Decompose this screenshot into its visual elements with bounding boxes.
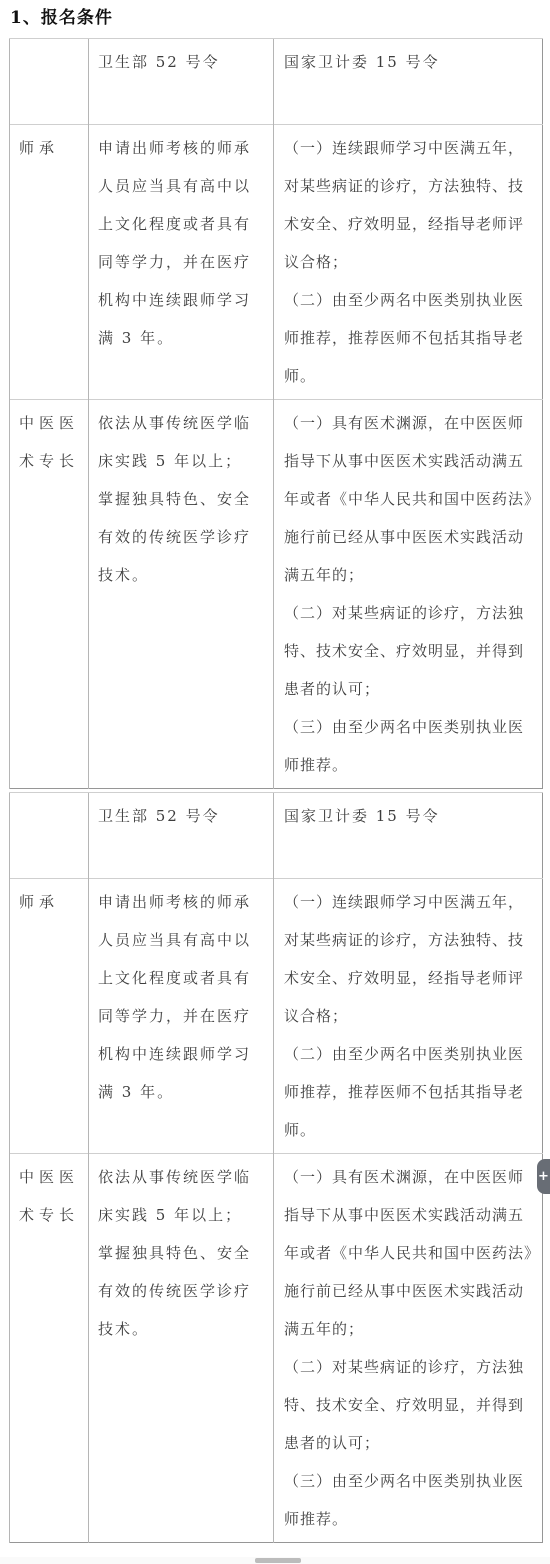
- header-cell-commission15: 国家卫计委 15 号令: [274, 39, 543, 125]
- cell-ministry52: 依法从事传统医学临床实践 5 年以上； 掌握独具特色、安全有效的传统医学诊疗技术…: [89, 1154, 274, 1543]
- header-cell-ministry52: 卫生部 52 号令: [89, 793, 274, 879]
- plus-icon: +: [538, 1169, 549, 1184]
- cell-commission15: （一）具有医术渊源，在中医医师指导下从事中医医术实践活动满五年或者《中华人民共和…: [274, 400, 543, 789]
- table-row: 中医医术专长 依法从事传统医学临床实践 5 年以上； 掌握独具特色、安全有效的传…: [10, 1154, 543, 1543]
- cell-commission15: （一）具有医术渊源，在中医医师指导下从事中医医术实践活动满五年或者《中华人民共和…: [274, 1154, 543, 1543]
- cell-ministry52: 依法从事传统医学临床实践 5 年以上； 掌握独具特色、安全有效的传统医学诊疗技术…: [89, 400, 274, 789]
- row-category: 中医医术专长: [10, 400, 89, 789]
- header-cell-commission15: 国家卫计委 15 号令: [274, 793, 543, 879]
- horizontal-scrollbar[interactable]: [0, 1557, 550, 1564]
- expand-handle[interactable]: +: [537, 1159, 550, 1194]
- cell-commission15: （一）连续跟师学习中医满五年，对某些病证的诊疗，方法独特、技术安全、疗效明显，经…: [274, 879, 543, 1154]
- page-title: 1、报名条件: [10, 6, 550, 30]
- table-row: 师承 申请出师考核的师承人员应当具有高中以上文化程度或者具有同等学力，并在医疗机…: [10, 125, 543, 400]
- cell-ministry52: 申请出师考核的师承人员应当具有高中以上文化程度或者具有同等学力，并在医疗机构中连…: [89, 879, 274, 1154]
- conditions-table-first: 卫生部 52 号令 国家卫计委 15 号令 师承 申请出师考核的师承人员应当具有…: [9, 38, 542, 789]
- conditions-table: 卫生部 52 号令 国家卫计委 15 号令 师承 申请出师考核的师承人员应当具有…: [9, 38, 543, 789]
- scrollbar-thumb[interactable]: [255, 1558, 301, 1563]
- table-header-row: 卫生部 52 号令 国家卫计委 15 号令: [10, 793, 543, 879]
- row-category: 师承: [10, 125, 89, 400]
- header-cell-empty: [10, 793, 89, 879]
- conditions-table: 卫生部 52 号令 国家卫计委 15 号令 师承 申请出师考核的师承人员应当具有…: [9, 792, 543, 1543]
- table-row: 师承 申请出师考核的师承人员应当具有高中以上文化程度或者具有同等学力，并在医疗机…: [10, 879, 543, 1154]
- table-header-row: 卫生部 52 号令 国家卫计委 15 号令: [10, 39, 543, 125]
- row-category: 师承: [10, 879, 89, 1154]
- header-cell-ministry52: 卫生部 52 号令: [89, 39, 274, 125]
- cell-ministry52: 申请出师考核的师承人员应当具有高中以上文化程度或者具有同等学力，并在医疗机构中连…: [89, 125, 274, 400]
- table-row: 中医医术专长 依法从事传统医学临床实践 5 年以上； 掌握独具特色、安全有效的传…: [10, 400, 543, 789]
- header-cell-empty: [10, 39, 89, 125]
- conditions-table-second: 卫生部 52 号令 国家卫计委 15 号令 师承 申请出师考核的师承人员应当具有…: [9, 792, 542, 1543]
- row-category: 中医医术专长: [10, 1154, 89, 1543]
- cell-commission15: （一）连续跟师学习中医满五年，对某些病证的诊疗，方法独特、技术安全、疗效明显，经…: [274, 125, 543, 400]
